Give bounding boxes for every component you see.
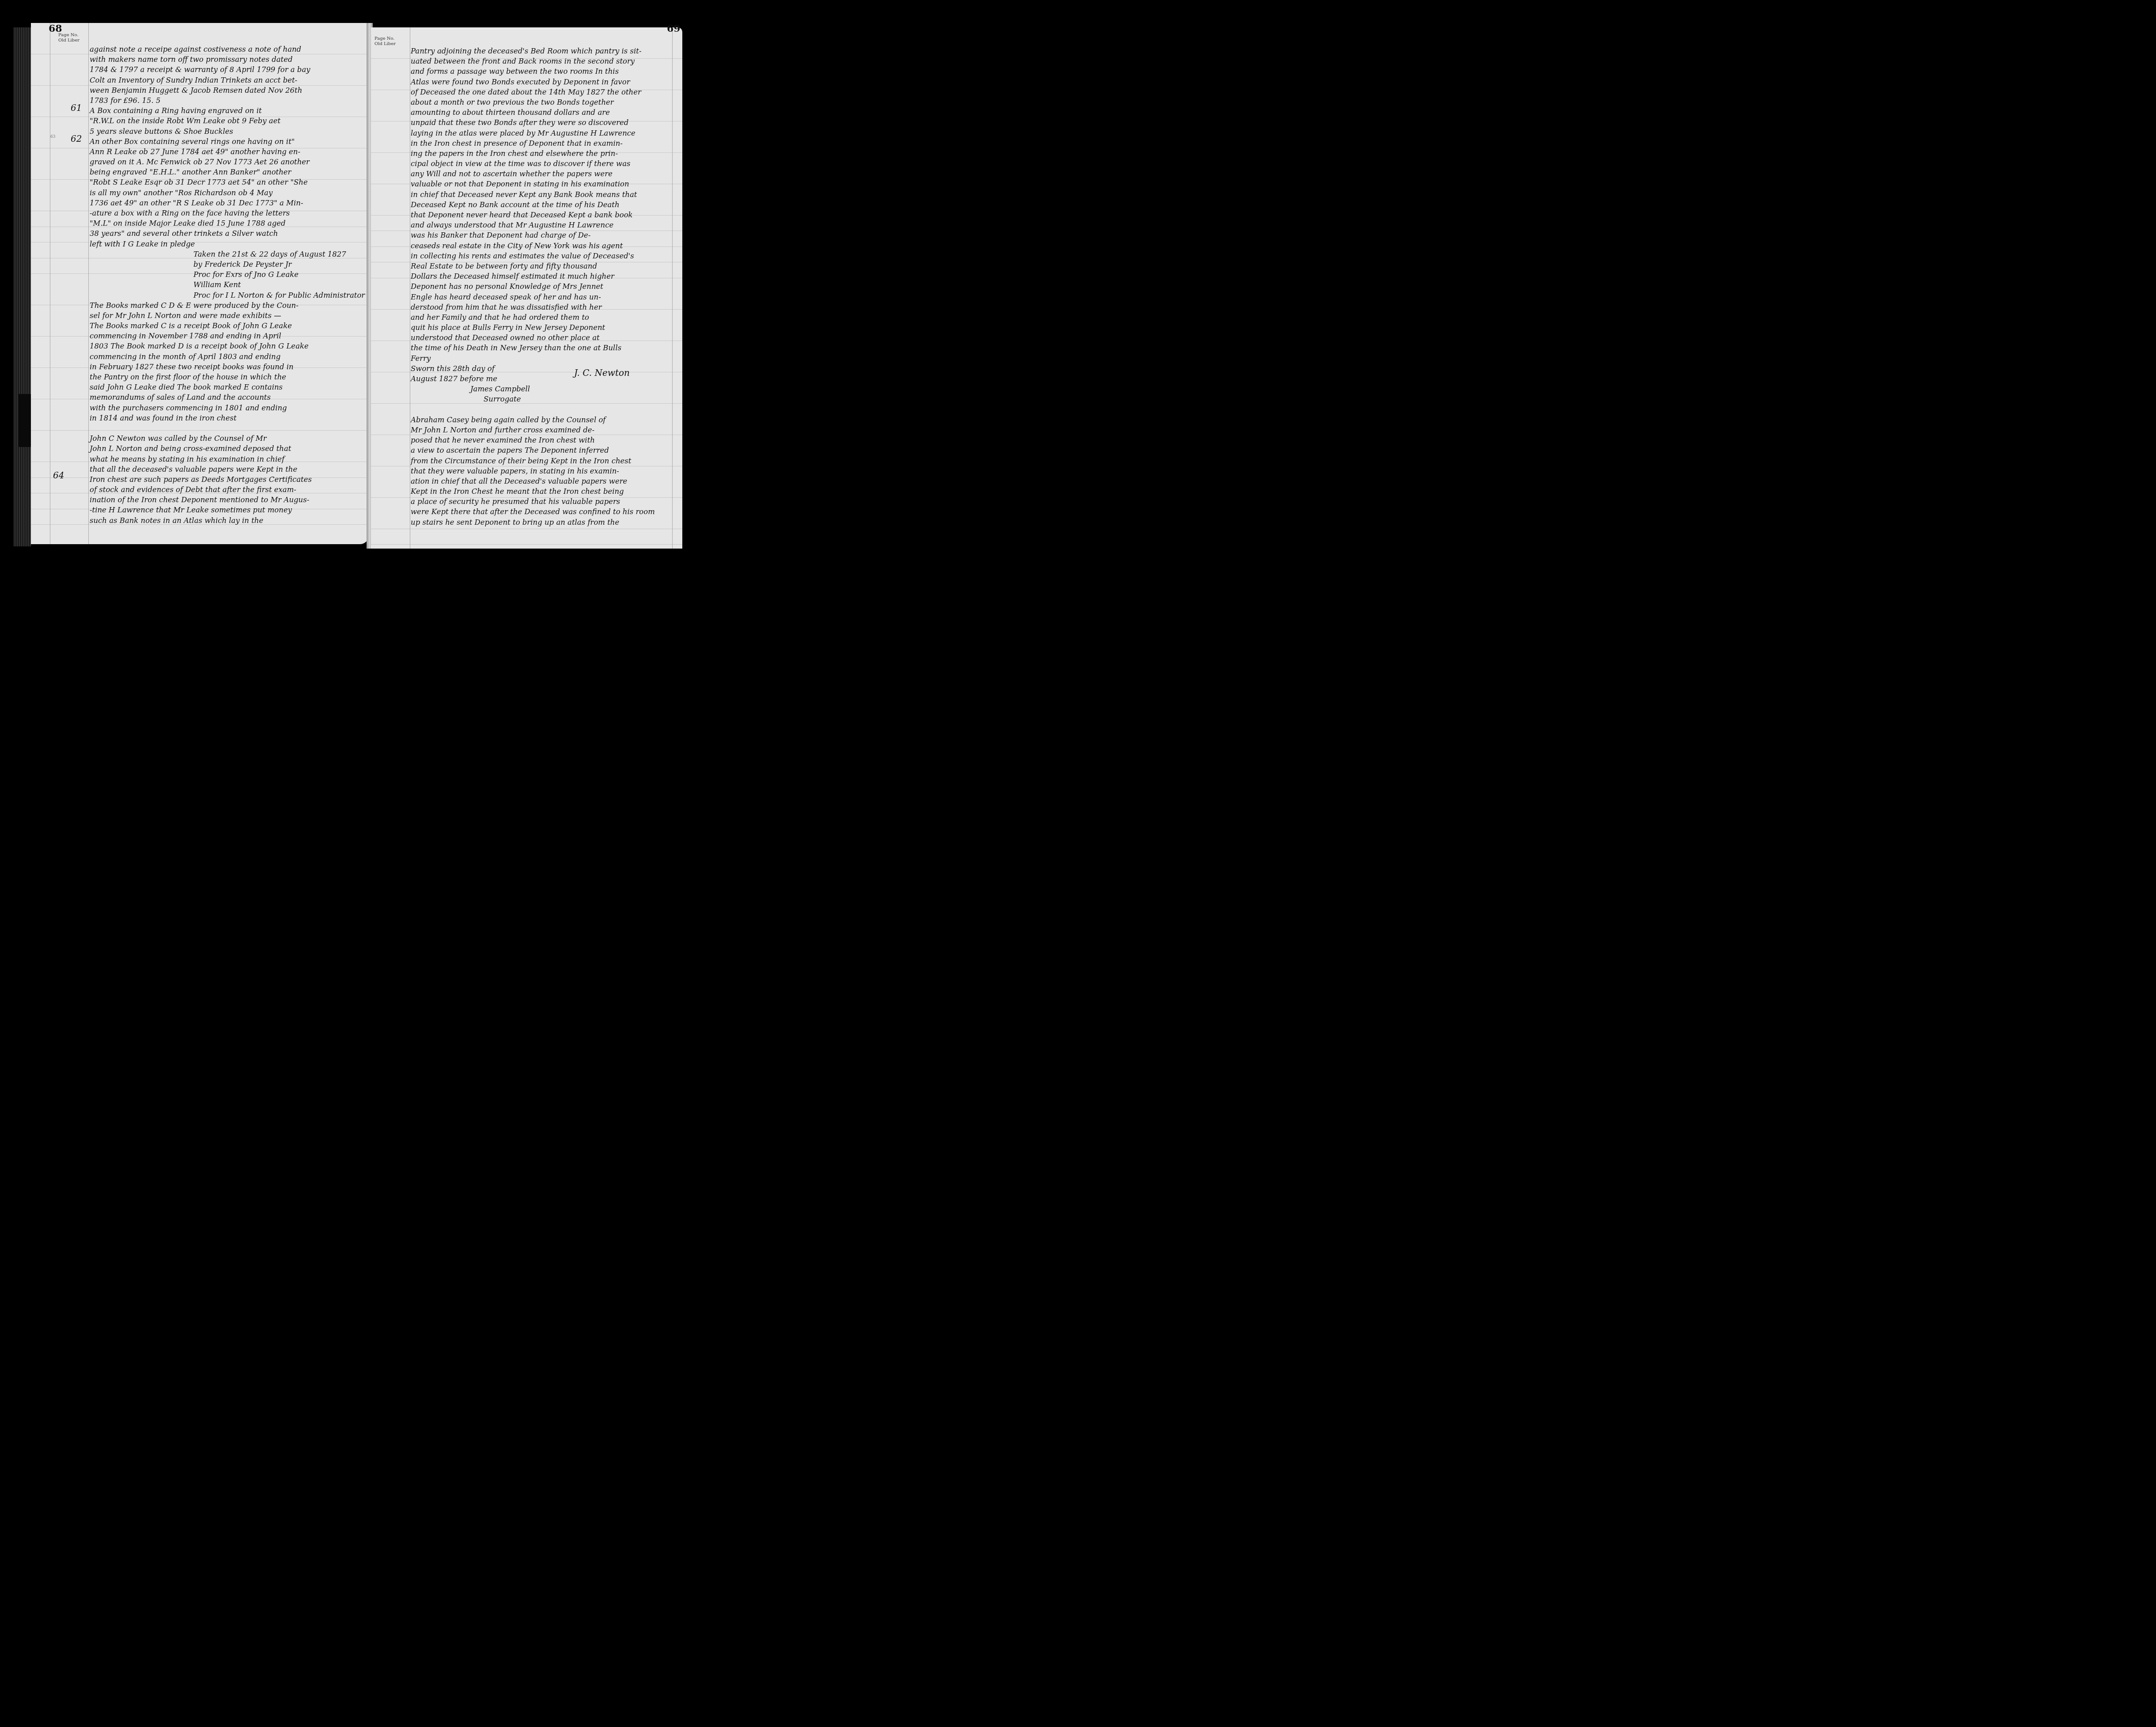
binding-tab (19, 394, 32, 447)
text-line: valuable or not that Deponent in stating… (411, 179, 655, 189)
text-line: 1783 for £96. 15. 5 (90, 95, 365, 106)
text-line: Deceased Kept no Bank account at the tim… (411, 200, 655, 210)
text-line: and her Family and that he had ordered t… (411, 312, 655, 322)
text-line: that they were valuable papers, in stati… (411, 466, 655, 476)
text-line: in chief that Deceased never Kept any Ba… (411, 189, 655, 200)
text-line: understood that Deceased owned no other … (411, 333, 655, 343)
text-line: An other Box containing several rings on… (90, 136, 365, 147)
jurat-title: Surrogate (411, 394, 655, 404)
margin-rule (50, 23, 50, 544)
text-line: John C Newton was called by the Counsel … (90, 433, 365, 443)
text-line: derstood from him that he was dissatisfi… (411, 302, 655, 312)
left-page: 68 Page No. Old Liber 63 61 62 64 agains… (31, 23, 369, 544)
text-line: graved on it A. Mc Fenwick ob 27 Nov 177… (90, 157, 365, 167)
text-line: ing the papers in the Iron chest and els… (411, 148, 655, 159)
text-line: Dollars the Deceased himself estimated i… (411, 271, 655, 281)
text-line: The Books marked C is a receipt Book of … (90, 321, 365, 331)
text-line: Ferry (411, 353, 655, 364)
text-line: sel for Mr John L Norton and were made e… (90, 311, 365, 321)
margin-rule (672, 27, 673, 549)
open-ledger-book: 68 Page No. Old Liber 63 61 62 64 agains… (13, 23, 685, 549)
right-page-body: Pantry adjoining the deceased's Bed Room… (411, 46, 655, 527)
text-line: 1803 The Book marked D is a receipt book… (90, 341, 365, 351)
text-line: that all the deceased's valuable papers … (90, 464, 365, 474)
text-line: the time of his Death in New Jersey than… (411, 343, 655, 353)
text-line: said John G Leake died The book marked E… (90, 382, 365, 392)
text-line: memorandums of sales of Land and the acc… (90, 392, 365, 402)
text-line: left with I G Leake in pledge (90, 239, 365, 249)
text-line: The Books marked C D & E were produced b… (90, 300, 365, 311)
stamp-page-no: Page No. (58, 33, 79, 38)
text-line: were Kept there that after the Deceased … (411, 507, 655, 517)
text-line: "M.L" on inside Major Leake died 15 June… (90, 218, 365, 228)
stamp-old-liber: Old Liber (374, 42, 396, 47)
text-line: ceaseds real estate in the City of New Y… (411, 241, 655, 251)
text-line: a view to ascertain the papers The Depon… (411, 445, 655, 455)
jurat-official: James Campbell (411, 384, 655, 394)
margin-rule (410, 27, 410, 549)
text-line (90, 423, 365, 433)
text-line: with makers name torn off two promissary… (90, 54, 365, 64)
attestation-line: by Frederick De Peyster Jr (90, 259, 365, 269)
text-line: Deponent has no personal Knowledge of Mr… (411, 281, 655, 292)
text-line: Atlas were found two Bonds executed by D… (411, 77, 655, 87)
text-line: up stairs he sent Deponent to bring up a… (411, 517, 655, 527)
text-line: is all my own" another "Ros Richardson o… (90, 188, 365, 198)
margin-item-number: 62 (71, 133, 82, 144)
text-line: ination of the Iron chest Deponent menti… (90, 495, 365, 505)
text-line: of Deceased the one dated about the 14th… (411, 87, 655, 97)
text-line: Iron chest are such papers as Deeds Mort… (90, 474, 365, 485)
text-line: what he means by stating in his examinat… (90, 454, 365, 464)
text-line: commencing in November 1788 and ending i… (90, 331, 365, 341)
text-line: laying in the atlas were placed by Mr Au… (411, 128, 655, 138)
margin-item-number: 64 (53, 470, 64, 481)
text-line: the Pantry on the first floor of the hou… (90, 372, 365, 382)
attestation-line: Taken the 21st & 22 days of August 1827 (90, 249, 365, 259)
text-line: Real Estate to be between forty and fift… (411, 261, 655, 271)
page-stamp: Page No. Old Liber (58, 33, 79, 43)
text-line: any Will and not to ascertain whether th… (411, 169, 655, 179)
text-line: with the purchasers commencing in 1801 a… (90, 403, 365, 413)
text-line: uated between the front and Back rooms i… (411, 56, 655, 66)
text-line: Colt an Inventory of Sundry Indian Trink… (90, 75, 365, 85)
text-line: commencing in the month of April 1803 an… (90, 352, 365, 362)
text-line: that Deponent never heard that Deceased … (411, 210, 655, 220)
right-page: 69 Page No. Old Liber Pantry adjoining t… (371, 27, 682, 549)
text-line: cipal object in view at the time was to … (411, 159, 655, 169)
text-line: ation in chief that all the Deceased's v… (411, 476, 655, 486)
book-binding (13, 27, 31, 546)
text-line: in collecting his rents and estimates th… (411, 251, 655, 261)
text-line: 1784 & 1797 a receipt & warranty of 8 Ap… (90, 64, 365, 75)
margin-item-number: 61 (71, 102, 82, 113)
attestation-line: William Kent (90, 280, 365, 290)
left-page-body: against note a receipe against costivene… (90, 44, 365, 526)
text-line: against note a receipe against costivene… (90, 44, 365, 54)
text-line: -ature a box with a Ring on the face hav… (90, 208, 365, 218)
text-line: quit his place at Bulls Ferry in New Jer… (411, 322, 655, 333)
text-line: posed that he never examined the Iron ch… (411, 435, 655, 445)
text-line: A Box containing a Ring having engraved … (90, 106, 365, 116)
text-line: was his Banker that Deponent had charge … (411, 230, 655, 240)
text-line: 5 years sleave buttons & Shoe Buckles (90, 126, 365, 136)
text-line: and forms a passage way between the two … (411, 66, 655, 76)
text-line: "Robt S Leake Esqr ob 31 Decr 1773 aet 5… (90, 177, 365, 187)
attestation-line: Proc for I L Norton & for Public Adminis… (90, 290, 365, 300)
text-line: 1736 aet 49" an other "R S Leake ob 31 D… (90, 198, 365, 208)
text-line: being engraved "E.H.L." another Ann Bank… (90, 167, 365, 177)
text-line: Pantry adjoining the deceased's Bed Room… (411, 46, 655, 56)
page-stamp: Page No. Old Liber (374, 36, 396, 47)
text-line: Ann R Leake ob 27 June 1784 aet 49" anot… (90, 147, 365, 157)
attestation-line: Proc for Exrs of Jno G Leake (90, 269, 365, 280)
page-number: 69 (667, 23, 681, 34)
text-line: about a month or two previous the two Bo… (411, 97, 655, 107)
text-line: of stock and evidences of Debt that afte… (90, 485, 365, 495)
margin-rule (88, 23, 89, 544)
text-line: Kept in the Iron Chest he meant that the… (411, 486, 655, 496)
text-line: such as Bank notes in an Atlas which lay… (90, 515, 365, 526)
stamp-old-liber: Old Liber (58, 38, 79, 43)
text-line: Abraham Casey being again called by the … (411, 415, 655, 425)
text-line: John L Norton and being cross-examined d… (90, 443, 365, 454)
stamp-page-no: Page No. (374, 36, 396, 42)
text-line: in February 1827 these two receipt books… (90, 362, 365, 372)
text-line: Mr John L Norton and further cross exami… (411, 425, 655, 435)
text-line: -tine H Lawrence that Mr Leake sometimes… (90, 505, 365, 515)
blank-line (411, 405, 655, 415)
text-line: ween Benjamin Huggett & Jacob Remsen dat… (90, 85, 365, 95)
text-line: amounting to about thirteen thousand dol… (411, 107, 655, 117)
text-line: unpaid that these two Bonds after they w… (411, 117, 655, 128)
deponent-signature: J. C. Newton (574, 367, 630, 378)
pencil-note: 63 (50, 135, 55, 139)
text-line: in the Iron chest in presence of Deponen… (411, 138, 655, 148)
text-line: from the Circumstance of their being Kep… (411, 456, 655, 466)
text-line: in 1814 and was found in the iron chest (90, 413, 365, 423)
text-line: a place of security he presumed that his… (411, 496, 655, 507)
text-line: "R.W.L on the inside Robt Wm Leake obt 9… (90, 116, 365, 126)
text-line: and always understood that Mr Augustine … (411, 220, 655, 230)
text-line: Engle has heard deceased speak of her an… (411, 292, 655, 302)
text-line: 38 years" and several other trinkets a S… (90, 228, 365, 239)
